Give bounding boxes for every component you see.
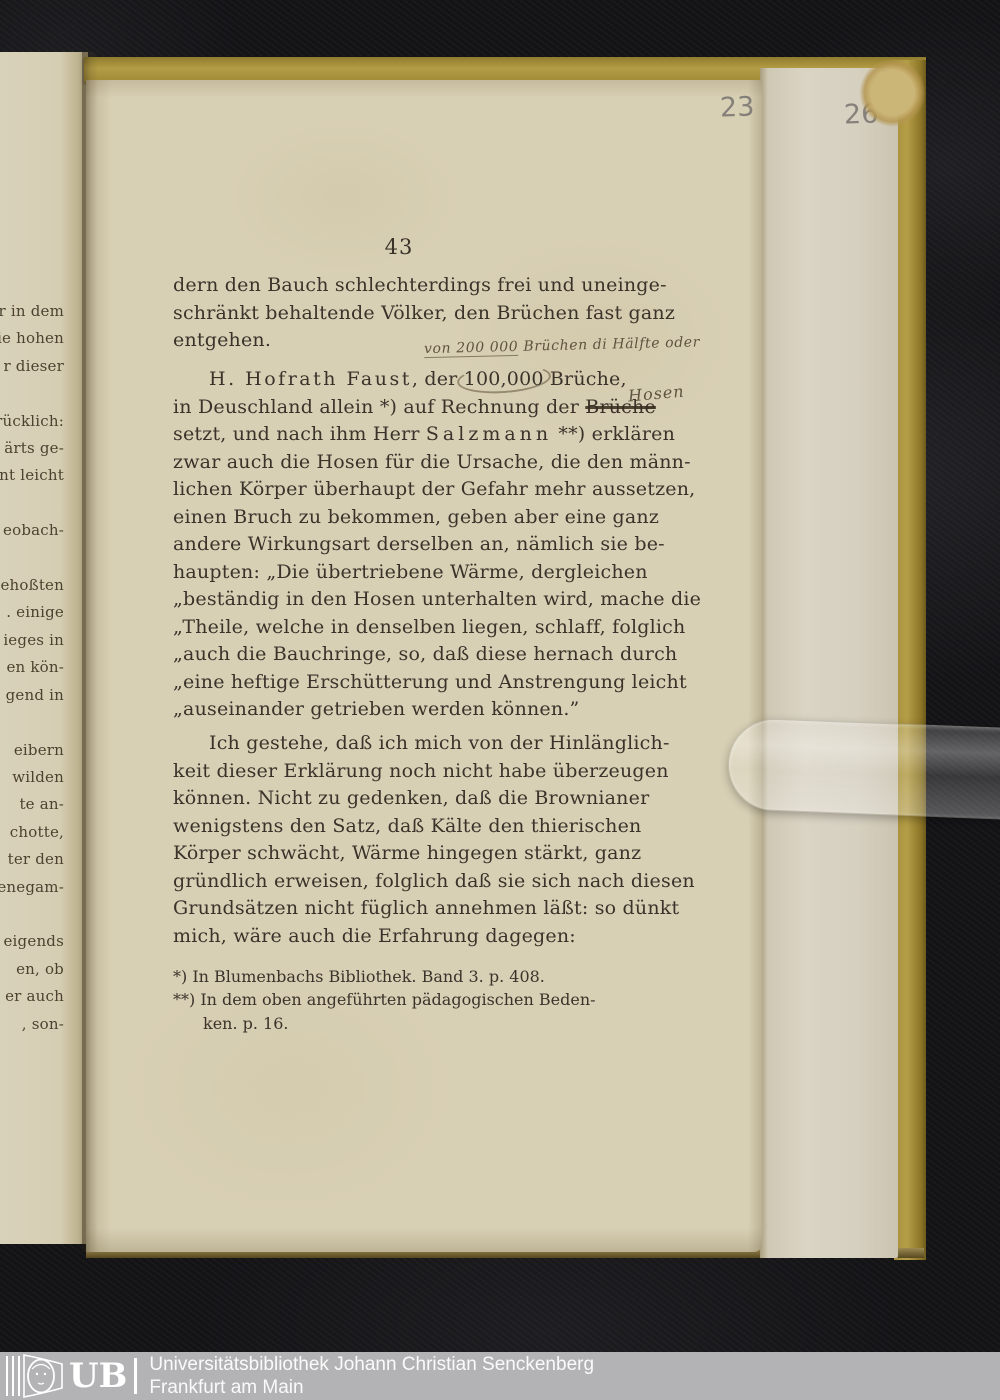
- page-number: 43: [173, 235, 625, 259]
- library-footer-bar: UB Universitätsbibliothek Johann Christi…: [0, 1352, 1000, 1400]
- text-span: Brüche,: [544, 368, 627, 390]
- handwritten-margin-note: Hosen: [627, 382, 685, 406]
- text-line: „beständig in den Hosen unterhalten wird…: [173, 586, 625, 614]
- text-line: einen Bruch zu bekommen, geben aber eine…: [173, 504, 625, 532]
- circled-number: 100,000: [464, 368, 544, 390]
- text-line: keit dieser Erklärung noch nicht habe üb…: [173, 758, 625, 786]
- text-line: schränkt behaltende Völker, den Brüchen …: [173, 300, 625, 328]
- paragraph-3: Ich gestehe, daß ich mich von der Hinlän…: [173, 730, 625, 950]
- book-page: 23 43 dern den Bauch schlechterdings fre…: [86, 80, 762, 1252]
- text-line: lichen Körper überhaupt der Gefahr mehr …: [173, 476, 625, 504]
- text-line: Körper schwächt, Wärme hingegen stärkt, …: [173, 840, 625, 868]
- spaced-name-faust: H. Hofrath Faust: [209, 368, 412, 390]
- pencil-foliation-23: 23: [719, 91, 754, 123]
- footnote-line: **) In dem oben angeführten pädagogische…: [173, 988, 625, 1011]
- text-line: setzt, und nach ihm Herr Salzmann **) er…: [173, 421, 625, 449]
- handwritten-underlined-number: von 200 000: [424, 339, 519, 358]
- ub-logo-icon: [4, 1354, 68, 1398]
- gutter-shadow: [82, 52, 98, 1252]
- text-line: H. Hofrath Faust, der 100,000 Brüche,: [173, 366, 625, 394]
- paragraph-2: H. Hofrath Faust, der 100,000 Brüche, in…: [173, 366, 625, 724]
- text-line: „auseinander getrieben werden können.”: [173, 696, 625, 724]
- footnotes: *) In Blumenbachs Bibliothek. Band 3. p.…: [173, 965, 625, 1035]
- text-line: haupten: „Die übertriebene Wärme, dergle…: [173, 559, 625, 587]
- footnote-line: ken. p. 16.: [173, 1012, 625, 1035]
- ub-logo-text: UB: [69, 1359, 127, 1393]
- text-span: , der: [412, 368, 464, 390]
- page-block-right-edge: [894, 60, 926, 1260]
- footnote-line: *) In Blumenbachs Bibliothek. Band 3. p.…: [173, 965, 625, 988]
- next-leaf-edge: 26: [760, 68, 898, 1258]
- text-line: Ich gestehe, daß ich mich von der Hinlän…: [173, 730, 625, 758]
- text-line: andere Wirkungsart derselben an, nämlich…: [173, 531, 625, 559]
- text-line: Grundsätzen nicht füglich annehmen läßt:…: [173, 895, 625, 923]
- handwritten-note-rest: Brüchen di Hälfte oder: [518, 334, 700, 354]
- transparent-page-holder-strip: [726, 717, 1000, 820]
- library-name-line1: Universitätsbibliothek Johann Christian …: [149, 1353, 594, 1376]
- left-facing-page-edge: r in dem ie hohen r dieser rücklich: ärt…: [0, 52, 88, 1244]
- text-line: können. Nicht zu gedenken, daß die Brown…: [173, 785, 625, 813]
- text-line: „eine heftige Erschütterung und Anstreng…: [173, 669, 625, 697]
- text-line: in Deuschland allein *) auf Rechnung der…: [173, 394, 625, 422]
- ub-logo: UB: [4, 1353, 149, 1399]
- text-line: zwar auch die Hosen für die Ursache, die…: [173, 449, 625, 477]
- left-page-text-fragments: r in dem ie hohen r dieser rücklich: ärt…: [0, 298, 64, 1038]
- text-line: „auch die Bauchringe, so, daß diese hern…: [173, 641, 625, 669]
- text-span: setzt, und nach ihm Herr: [173, 423, 426, 445]
- text-line: dern den Bauch schlechterdings frei und …: [173, 272, 625, 300]
- text-line: „Theile, welche in denselben liegen, sch…: [173, 614, 625, 642]
- spaced-name-salzmann: Salzmann: [426, 423, 552, 445]
- text-span: in Deuschland allein *) auf Rechnung der: [173, 396, 585, 418]
- text-span: **) erklären: [552, 423, 675, 445]
- text-line: gründlich erweisen, folglich daß sie sic…: [173, 868, 625, 896]
- library-name-line2: Frankfurt am Main: [149, 1376, 594, 1399]
- logo-separator: [134, 1358, 137, 1394]
- text-line: mich, wäre auch die Erfahrung dagegen:: [173, 923, 625, 951]
- book-scan: r in dem ie hohen r dieser rücklich: ärt…: [0, 0, 1000, 1400]
- text-line: wenigstens den Satz, daß Kälte den thier…: [173, 813, 625, 841]
- library-name: Universitätsbibliothek Johann Christian …: [149, 1353, 594, 1399]
